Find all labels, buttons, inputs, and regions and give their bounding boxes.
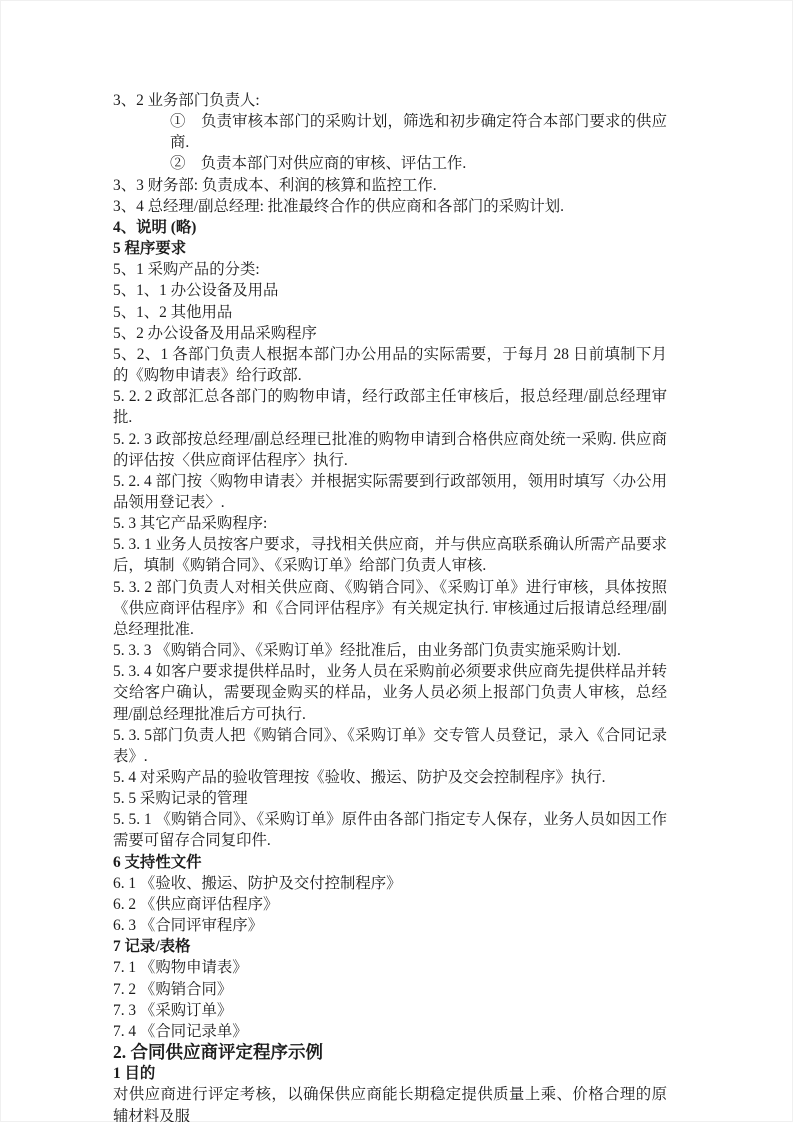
section-heading: 2. 合同供应商评定程序示例 [113,1042,667,1063]
heading: 6 支持性文件 [113,852,667,873]
paragraph: 5、1、1 办公设备及用品 [113,280,667,301]
paragraph: 5. 3 其它产品采购程序: [113,513,667,534]
paragraph: 7. 3 《采购订单》 [113,1000,667,1021]
paragraph: 3、4 总经理/副总经理: 批准最终合作的供应商和各部门的采购计划. [113,196,667,217]
paragraph: 7. 2 《购销合同》 [113,979,667,1000]
paragraph: 3、2 业务部门负责人: [113,90,667,111]
paragraph: 5. 3. 3 《购销合同》、《采购订单》经批准后，由业务部门负责实施采购计划. [113,640,667,661]
paragraph: 6. 2 《供应商评估程序》 [113,894,667,915]
paragraph: 5. 5 采购记录的管理 [113,788,667,809]
heading: 4、说明 (略) [113,217,667,238]
paragraph: 6. 3 《合同评审程序》 [113,915,667,936]
paragraph: 5. 3. 4 如客户要求提供样品时，业务人员在采购前必须要求供应商先提供样品并… [113,661,667,724]
paragraph: 5、2、1 各部门负责人根据本部门办公用品的实际需要，于每月 28 日前填制下月… [113,344,667,386]
heading: 1 目的 [113,1063,667,1084]
heading: 5 程序要求 [113,238,667,259]
paragraph: ② 负责本部门对供应商的审核、评估工作. [113,153,667,174]
document-body: 3、2 业务部门负责人:① 负责审核本部门的采购计划，筛选和初步确定符合本部门要… [113,90,667,1122]
paragraph: 5、1、2 其他用品 [113,302,667,323]
paragraph: 5、2 办公设备及用品采购程序 [113,323,667,344]
paragraph: 3、3 财务部: 负责成本、利润的核算和监控工作. [113,175,667,196]
paragraph: 5. 3. 5部门负责人把《购销合同》、《采购订单》交专管人员登记，录入《合同记… [113,725,667,767]
paragraph: 5. 2. 4 部门按〈购物申请表〉并根据实际需要到行政部领用，领用时填写〈办公… [113,471,667,513]
heading: 7 记录/表格 [113,936,667,957]
paragraph: 5. 4 对采购产品的验收管理按《验收、搬运、防护及交会控制程序》执行. [113,767,667,788]
document-page: 3、2 业务部门负责人:① 负责审核本部门的采购计划，筛选和初步确定符合本部门要… [0,0,793,1122]
paragraph: 5. 3. 2 部门负责人对相关供应商、《购销合同》、《采购订单》进行审核，具体… [113,577,667,640]
paragraph: 5. 3. 1 业务人员按客户要求，寻找相关供应商，并与供应高联系确认所需产品要… [113,534,667,576]
paragraph: 5、1 采购产品的分类: [113,259,667,280]
paragraph: 6. 1 《验收、搬运、防护及交付控制程序》 [113,873,667,894]
paragraph: 对供应商进行评定考核，以确保供应商能长期稳定提供质量上乘、价格合理的原辅材料及服 [113,1084,667,1122]
paragraph: ① 负责审核本部门的采购计划，筛选和初步确定符合本部门要求的供应商. [113,111,667,153]
paragraph: 7. 1 《购物申请表》 [113,957,667,978]
paragraph: 7. 4 《合同记录单》 [113,1021,667,1042]
paragraph: 5. 2. 3 政部按总经理/副总经理已批准的购物申请到合格供应商处统一采购. … [113,429,667,471]
paragraph: 5. 5. 1 《购销合同》、《采购订单》原件由各部门指定专人保存，业务人员如因… [113,809,667,851]
paragraph: 5. 2. 2 政部汇总各部门的购物申请，经行政部主任审核后，报总经理/副总经理… [113,386,667,428]
